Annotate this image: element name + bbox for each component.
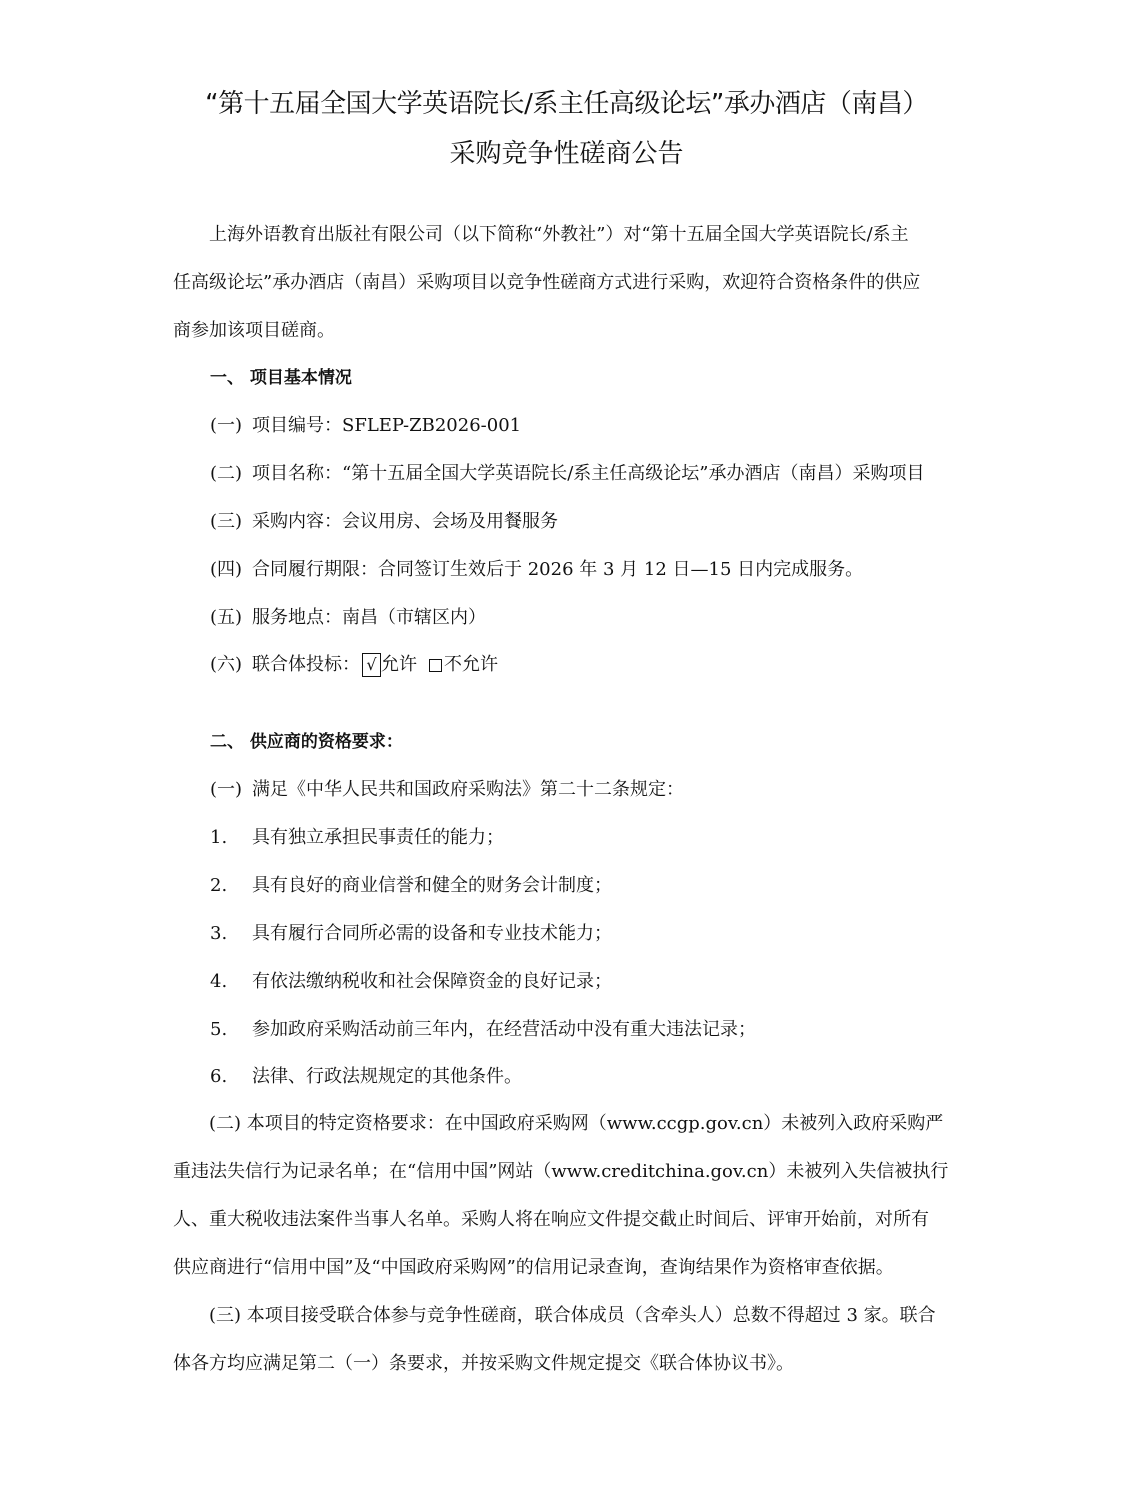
gov-procurement-law-item: (一) 满足《中华人民共和国政府采购法》第二十二条规定：: [210, 777, 684, 803]
item-number: 6.: [210, 1064, 252, 1090]
document-title-line-2: 采购竞争性磋商公告: [0, 138, 1133, 170]
document-title-line-1: “第十五届全国大学英语院长/系主任高级论坛”承办酒店（南昌）: [0, 88, 1133, 120]
disallowed-checkbox-empty-icon: [429, 659, 442, 672]
procurement-content-item: (三) 采购内容：会议用房、会场及用餐服务: [210, 509, 558, 535]
item-text: 联合体投标：: [252, 652, 360, 678]
item-text: 有依法缴纳税收和社会保障资金的良好记录；: [252, 969, 612, 995]
item-text: 具有独立承担民事责任的能力；: [252, 825, 504, 851]
intro-line-2: 任高级论坛”承办酒店（南昌）采购项目以竞争性磋商方式进行采购，欢迎符合资格条件的…: [173, 270, 965, 296]
item-text: 具有履行合同所必需的设备和专业技术能力；: [252, 921, 612, 947]
requirement-item-2: 2. 具有良好的商业信誉和健全的财务会计制度；: [210, 873, 612, 899]
item-text: 项目名称：“第十五届全国大学英语院长/系主任高级论坛”承办酒店（南昌）采购项目: [252, 461, 924, 487]
item-number: 5.: [210, 1017, 252, 1043]
item-label: (一): [210, 777, 252, 803]
item-label: (一): [210, 413, 252, 439]
item-label: (六): [210, 652, 252, 678]
item-label: (二): [210, 461, 252, 487]
specific-requirements-line-2: 重违法失信行为记录名单；在“信用中国”网站（www.creditchina.go…: [173, 1159, 965, 1185]
specific-requirements-line-4: 供应商进行“信用中国”及“中国政府采购网”的信用记录查询，查询结果作为资格审查依…: [173, 1255, 965, 1281]
consortium-requirements-line-1: (三) 本项目接受联合体参与竞争性磋商，联合体成员（含牵头人）总数不得超过 3 …: [209, 1303, 1001, 1329]
item-number: 4.: [210, 969, 252, 995]
requirement-item-5: 5. 参加政府采购活动前三年内，在经营活动中没有重大违法记录；: [210, 1017, 756, 1043]
item-text: 具有良好的商业信誉和健全的财务会计制度；: [252, 873, 612, 899]
item-text: 采购内容：会议用房、会场及用餐服务: [252, 509, 558, 535]
item-text: 合同履行期限：合同签订生效后于 2026 年 3 月 12 日—15 日内完成服…: [252, 557, 863, 583]
consortium-requirements-line-2: 体各方均应满足第二（一）条要求，并按采购文件规定提交《联合体协议书》。: [173, 1351, 965, 1377]
item-label: (四): [210, 557, 252, 583]
document-page: “第十五届全国大学英语院长/系主任高级论坛”承办酒店（南昌） 采购竞争性磋商公告…: [0, 0, 1133, 1504]
requirement-item-6: 6. 法律、行政法规规定的其他条件。: [210, 1064, 522, 1090]
allowed-option-label: 允许: [381, 652, 417, 678]
disallowed-option-label: 不允许: [444, 652, 498, 678]
item-text: 项目编号：SFLEP-ZB2026-001: [252, 413, 521, 439]
specific-requirements-line-1: (二) 本项目的特定资格要求：在中国政府采购网（www.ccgp.gov.cn）…: [209, 1111, 1001, 1137]
allowed-checkbox-checked-icon: √: [362, 653, 381, 677]
consortium-bid-item: (六) 联合体投标： √ 允许 不允许: [210, 652, 498, 678]
item-text: 法律、行政法规规定的其他条件。: [252, 1064, 522, 1090]
item-text: 参加政府采购活动前三年内，在经营活动中没有重大违法记录；: [252, 1017, 756, 1043]
item-label: (五): [210, 605, 252, 631]
service-location-item: (五) 服务地点：南昌（市辖区内）: [210, 605, 486, 631]
intro-line-3: 商参加该项目磋商。: [173, 318, 965, 344]
section-2-heading: 二、 供应商的资格要求：: [210, 729, 403, 755]
specific-requirements-line-3: 人、重大税收违法案件当事人名单。采购人将在响应文件提交截止时间后、评审开始前，对…: [173, 1207, 965, 1233]
requirement-item-3: 3. 具有履行合同所必需的设备和专业技术能力；: [210, 921, 612, 947]
item-number: 3.: [210, 921, 252, 947]
item-label: (三): [210, 509, 252, 535]
section-1-heading: 一、 项目基本情况: [210, 365, 352, 391]
item-number: 2.: [210, 873, 252, 899]
item-text: 服务地点：南昌（市辖区内）: [252, 605, 486, 631]
requirement-item-4: 4. 有依法缴纳税收和社会保障资金的良好记录；: [210, 969, 612, 995]
item-number: 1.: [210, 825, 252, 851]
requirement-item-1: 1. 具有独立承担民事责任的能力；: [210, 825, 504, 851]
item-text: 满足《中华人民共和国政府采购法》第二十二条规定：: [252, 777, 684, 803]
project-number-item: (一) 项目编号：SFLEP-ZB2026-001: [210, 413, 521, 439]
project-name-item: (二) 项目名称：“第十五届全国大学英语院长/系主任高级论坛”承办酒店（南昌）采…: [210, 461, 924, 487]
intro-line-1: 上海外语教育出版社有限公司（以下简称“外教社”）对“第十五届全国大学英语院长/系…: [209, 222, 1001, 248]
contract-period-item: (四) 合同履行期限：合同签订生效后于 2026 年 3 月 12 日—15 日…: [210, 557, 863, 583]
